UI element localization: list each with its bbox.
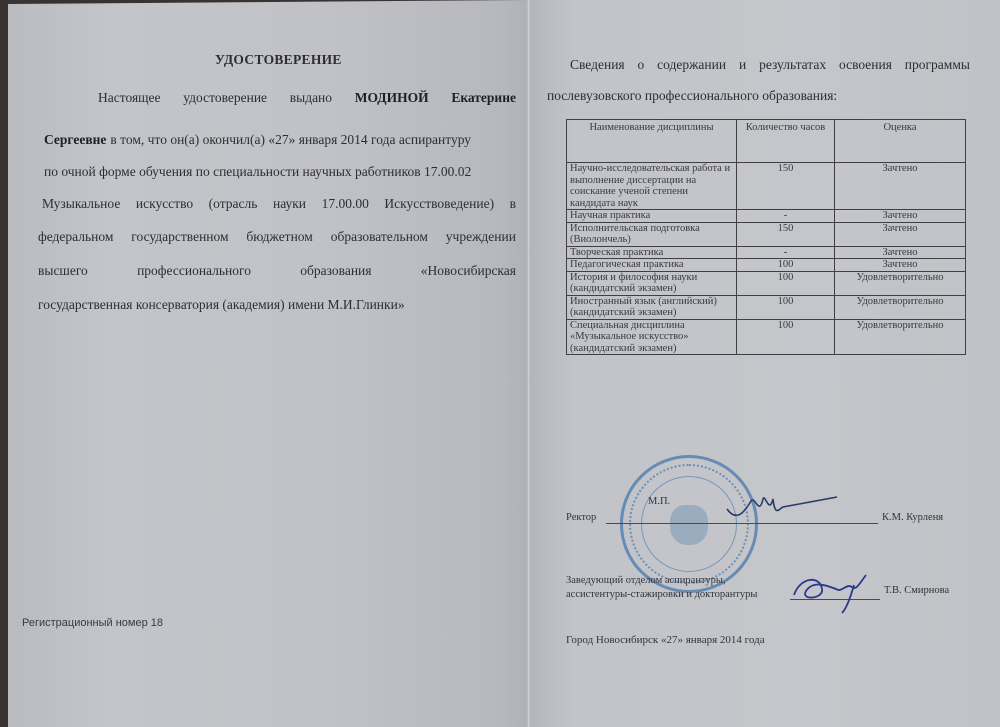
body-text: Искусствоведение): [384, 196, 494, 212]
intro-word: содержании: [657, 57, 726, 73]
body-text: науки: [273, 196, 306, 212]
body-text: «Новосибирская: [421, 263, 516, 279]
head-name: Т.В. Смирнова: [884, 585, 949, 596]
body-text: Музыкальное: [42, 196, 120, 212]
grade-cell: Зачтено: [835, 222, 966, 246]
table-row: История и философия науки (кандидатский …: [567, 271, 966, 295]
body-text: государственном: [131, 229, 228, 245]
body-text: по очной форме обучения по специальности…: [44, 164, 471, 180]
table-row: Специальная дисциплина «Музыкальное иску…: [567, 319, 966, 355]
body-text: МОДИНОЙ: [355, 90, 429, 106]
body-text: (отрасль: [209, 196, 258, 212]
table-row: Научно-исследовательская работа и выполн…: [567, 163, 966, 210]
body-line: высшегопрофессиональногообразования«Ново…: [38, 263, 516, 279]
discipline-cell: Специальная дисциплина «Музыкальное иску…: [567, 319, 737, 355]
hours-cell: -: [737, 246, 835, 259]
grade-cell: Зачтено: [835, 259, 966, 272]
program-intro-line1: Сведенияосодержанииирезультатахосвоенияп…: [570, 57, 970, 73]
body-text: Настоящее: [98, 90, 161, 106]
head-label-line2: ассистентуры-стажировки и докторантуры: [566, 589, 757, 600]
discipline-cell: Исполнительская подготовка (Виолончель): [567, 222, 737, 246]
grade-cell: Удовлетворительно: [835, 295, 966, 319]
body-text: в: [510, 196, 516, 212]
hours-cell: 100: [737, 319, 835, 355]
discipline-cell: Педагогическая практика: [567, 259, 737, 272]
hours-cell: 100: [737, 295, 835, 319]
body-text: Екатерине: [451, 90, 516, 106]
hours-cell: 100: [737, 271, 835, 295]
table-row: Научная практика-Зачтено: [567, 210, 966, 223]
intro-word: освоения: [839, 57, 892, 73]
stamp-place-label: М.П.: [648, 496, 670, 507]
grade-cell: Зачтено: [835, 163, 966, 210]
body-text: профессионального: [137, 263, 251, 279]
disciplines-table: Наименование дисциплины Количество часов…: [566, 119, 966, 355]
body-text: образования: [300, 263, 371, 279]
grade-cell: Зачтено: [835, 246, 966, 259]
body-line: государственная консерватория (академия)…: [38, 297, 516, 313]
discipline-cell: История и философия науки (кандидатский …: [567, 271, 737, 295]
header-grade: Оценка: [835, 120, 966, 163]
body-text: 17.00.00: [322, 196, 369, 212]
head-signature-icon: [790, 565, 880, 615]
table-row: Исполнительская подготовка (Виолончель)1…: [567, 222, 966, 246]
table-row: Творческая практика-Зачтено: [567, 246, 966, 259]
body-line: Музыкальноеискусство(отрасльнауки17.00.0…: [42, 196, 516, 212]
discipline-cell: Иностранный язык (английский) (кандидатс…: [567, 295, 737, 319]
body-text: в том, что он(а) окончил(а) «27» января …: [110, 132, 471, 148]
discipline-cell: Научно-исследовательская работа и выполн…: [567, 163, 737, 210]
rector-name: К.М. Курленя: [882, 512, 943, 523]
header-discipline: Наименование дисциплины: [567, 120, 737, 163]
certificate-title: УДОСТОВЕРЕНИЕ: [215, 52, 342, 68]
hours-cell: 150: [737, 163, 835, 210]
body-text: государственная консерватория (академия)…: [38, 297, 405, 313]
grade-cell: Зачтено: [835, 210, 966, 223]
city-date: Город Новосибирск «27» января 2014 года: [566, 634, 765, 646]
body-line: Сергеевнев том, что он(а) окончил(а) «27…: [44, 132, 516, 148]
rector-label: Ректор: [566, 512, 596, 523]
body-text: высшего: [38, 263, 88, 279]
table-row: Иностранный язык (английский) (кандидатс…: [567, 295, 966, 319]
rector-signature-icon: [725, 487, 840, 527]
body-text: учреждении: [446, 229, 516, 245]
header-hours: Количество часов: [737, 120, 835, 163]
body-text: искусство: [136, 196, 193, 212]
certificate-right-page: [526, 0, 1000, 727]
page-fold: [527, 0, 530, 727]
table-row: Педагогическая практика100Зачтено: [567, 259, 966, 272]
body-line: федеральномгосударственномбюджетномобраз…: [38, 229, 516, 245]
body-text: выдано: [290, 90, 332, 106]
intro-word: программы: [905, 57, 970, 73]
hours-cell: 100: [737, 259, 835, 272]
registration-number: Регистрационный номер 18: [22, 617, 163, 629]
coat-of-arms-icon: [670, 505, 708, 545]
intro-word: и: [739, 57, 746, 73]
grade-cell: Удовлетворительно: [835, 271, 966, 295]
body-text: удостоверение: [183, 90, 267, 106]
intro-word: о: [638, 57, 645, 73]
body-line: по очной форме обучения по специальности…: [44, 164, 516, 180]
body-text: Сергеевне: [44, 132, 106, 148]
hours-cell: -: [737, 210, 835, 223]
head-label-line1: Заведующий отделом аспирантуры,: [566, 575, 726, 586]
grade-cell: Удовлетворительно: [835, 319, 966, 355]
hours-cell: 150: [737, 222, 835, 246]
program-intro-line2: послевузовского профессионального образо…: [547, 88, 837, 104]
body-line: НастоящееудостоверениевыданоМОДИНОЙЕкате…: [98, 90, 516, 106]
body-text: федеральном: [38, 229, 113, 245]
body-text: образовательном: [331, 229, 428, 245]
intro-word: результатах: [759, 57, 826, 73]
table-header-row: Наименование дисциплины Количество часов…: [567, 120, 966, 163]
discipline-cell: Научная практика: [567, 210, 737, 223]
discipline-cell: Творческая практика: [567, 246, 737, 259]
body-text: бюджетном: [246, 229, 312, 245]
intro-word: Сведения: [570, 57, 625, 73]
